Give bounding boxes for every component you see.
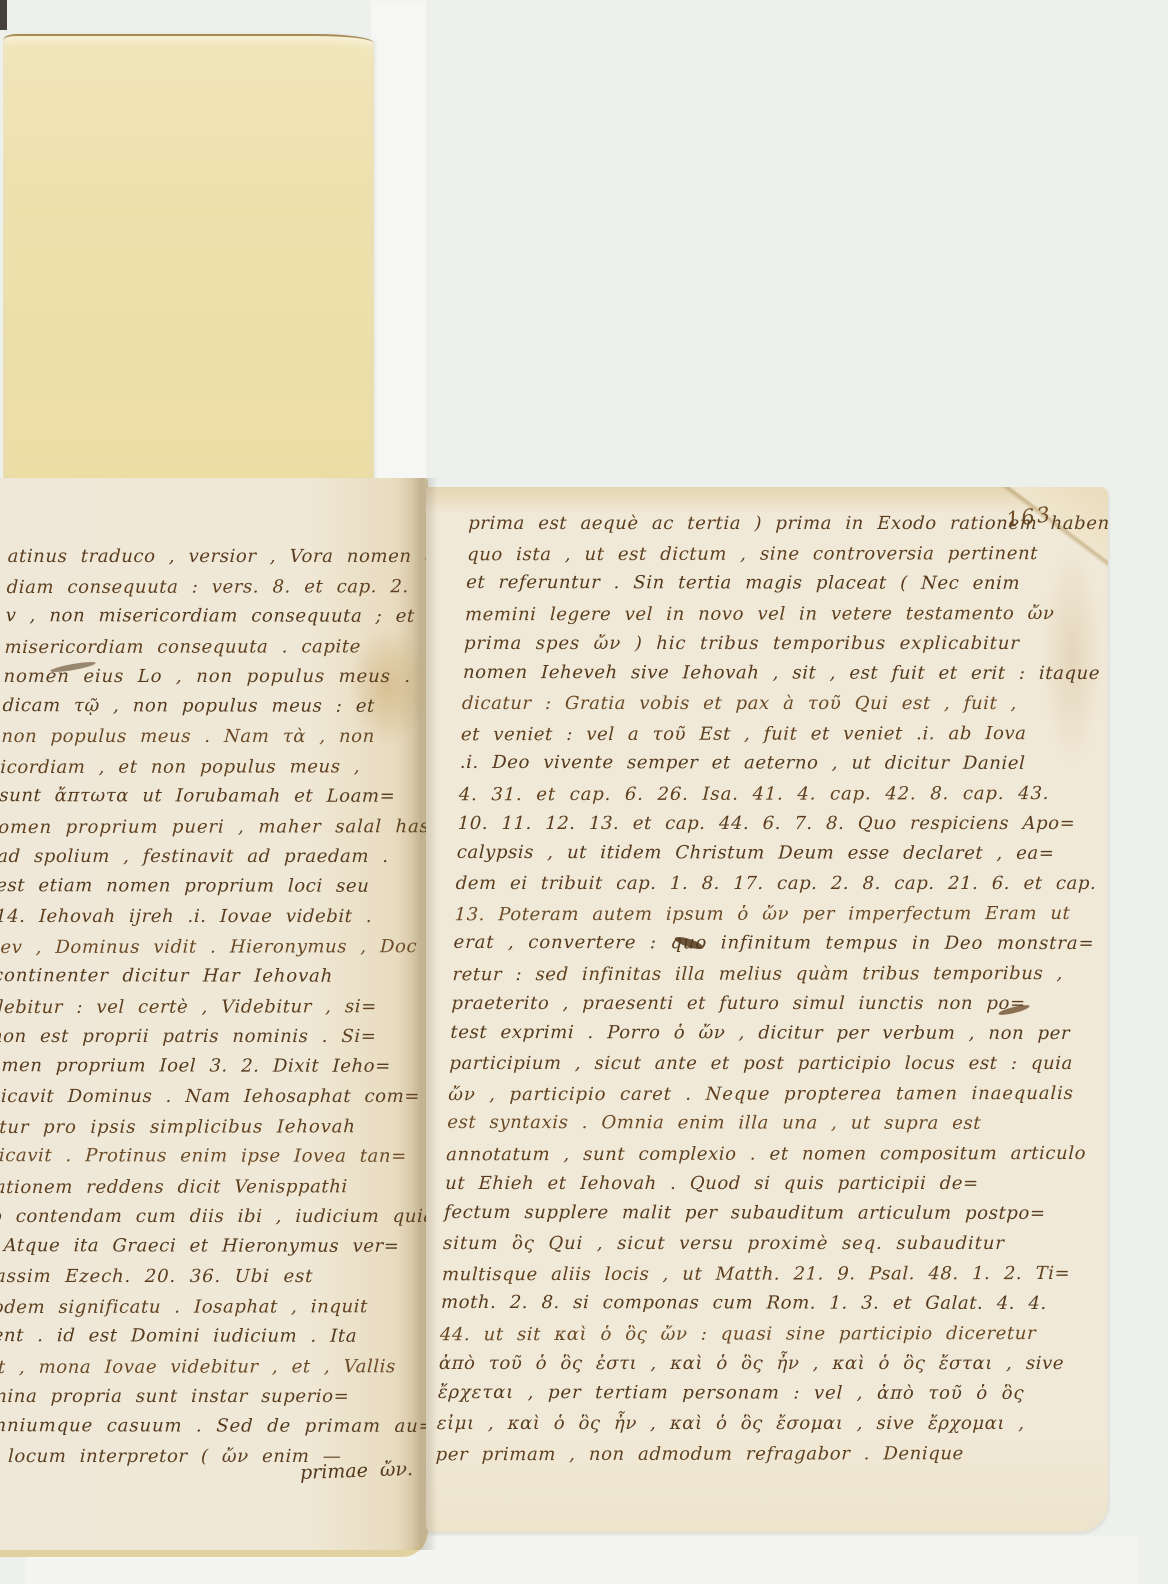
manuscript-text-line: omen proprium Ioel 3. 2. Dixit Ieho= — [0, 1051, 420, 1082]
manuscript-text-line: misericordiam consequuta . capite — [4, 632, 428, 663]
manuscript-text-line: praeterito , praesenti et futuro simul i… — [451, 989, 1104, 1019]
manuscript-text-line: retur : sed infinitas illa melius quàm t… — [452, 959, 1105, 990]
book-spine-edge-top — [0, 0, 7, 30]
manuscript-text-line: passim Ezech. 20. 36. Ubi est — [0, 1262, 413, 1292]
manuscript-text-line: situm ὃς Qui , sicut versu proximè seq. … — [443, 1229, 1096, 1259]
manuscript-text-line: eodem significatu . Iosaphat , inquit — [0, 1292, 412, 1323]
manuscript-text-line: nent . id est Domini iudicium . Ita — [0, 1321, 411, 1352]
manuscript-text-line: .i. Deo vivente semper et aeterno , ut d… — [459, 748, 1108, 779]
left-manuscript-page: atinus traduco , versior , Vora nomen ei… — [0, 478, 428, 1557]
manuscript-text-line: omniumque casuum . Sed de primam au= — [0, 1411, 408, 1442]
manuscript-text-line: ὤν , participio caret . Neque propterea … — [448, 1079, 1101, 1110]
manuscript-text-line: icordiam , et non populus meus , — [0, 752, 428, 783]
manuscript-text-line: et veniet : vel a τοῦ Est , fuit et veni… — [460, 719, 1108, 750]
manuscript-text-line: continenter dicitur Har Iehovah — [0, 961, 424, 992]
manuscript-text-line: v , non misericordiam consequuta ; et — [5, 601, 428, 632]
manuscript-text-line: dicavit . Protinus enim ipse Iovea tan= — [0, 1141, 417, 1172]
left-page-text: atinus traduco , versior , Vora nomen ei… — [0, 542, 428, 1472]
manuscript-text-line: 4. 31. et cap. 6. 26. Isa. 41. 4. cap. 4… — [458, 779, 1108, 810]
manuscript-text-line: annotatum , sunt complexio . et nomen co… — [446, 1139, 1099, 1170]
manuscript-text-line: est syntaxis . Omnia enim illa una , ut … — [447, 1108, 1100, 1139]
manuscript-text-line: io contendam cum diis ibi , iudicium qui… — [0, 1202, 415, 1232]
manuscript-text-line: ad spolium , festinavit ad praedam . — [0, 842, 428, 872]
manuscript-text-line: participium , sicut ante et post partici… — [449, 1049, 1102, 1079]
manuscript-text-line: dicam τῷ , non populus meus : et — [2, 691, 428, 722]
manuscript-text-line: prima est aequè ac tertia ) prima in Exo… — [468, 509, 1108, 539]
manuscript-text-line: atinus traduco , versior , Vora nomen ei… — [7, 542, 428, 572]
manuscript-text-line: non est proprii patris nominis . Si= — [0, 1022, 421, 1052]
manuscript-text-line: fectum supplere malit per subauditum art… — [444, 1198, 1097, 1229]
manuscript-text-line: omen proprium pueri , maher salal has — [0, 812, 428, 843]
manuscript-text-line: diam consequuta : vers. 8. et cap. 2. — [6, 572, 428, 603]
manuscript-text-line: rationem reddens dicit Venisppathi — [0, 1172, 416, 1203]
manuscript-text-line: omina propria sunt instar superio= — [0, 1382, 409, 1412]
manuscript-text-line: dem ei tribuit cap. 1. 8. 17. cap. 2. 8.… — [455, 869, 1108, 899]
flyleaf-blank-page — [3, 34, 374, 484]
manuscript-text-line: 14. Iehovah ijreh .i. Iovae videbit . — [0, 902, 426, 932]
manuscript-text-line: nomen Ieheveh sive Iehovah , sit , est f… — [462, 658, 1108, 689]
manuscript-text-line: 10. 11. 12. 13. et cap. 44. 6. 7. 8. Quo… — [457, 809, 1108, 839]
manuscript-scan: atinus traduco , versior , Vora nomen ei… — [0, 0, 1168, 1584]
right-page-text: prima est aequè ac tertia ) prima in Exo… — [435, 509, 1108, 1469]
manuscript-text-line: εἰμι , καὶ ὁ ὃς ἦν , καὶ ὁ ὃς ἔσομαι , s… — [436, 1409, 1089, 1439]
manuscript-text-line: etur pro ipsis simplicibus Iehovah — [0, 1112, 418, 1143]
manuscript-text-line: test exprimi . Porro ὁ ὤν , dicitur per … — [450, 1018, 1103, 1049]
manuscript-text-line: ; Atque ita Graeci et Hieronymus ver= — [0, 1231, 414, 1262]
manuscript-text-line: moth. 2. 8. si componas cum Rom. 1. 3. e… — [440, 1288, 1093, 1319]
manuscript-text-line: dicavit Dominus . Nam Iehosaphat com= — [0, 1082, 419, 1112]
right-manuscript-page: 163 prima est aequè ac tertia ) prima in… — [426, 487, 1108, 1532]
manuscript-text-line: per primam , non admodum refragabor . De… — [435, 1439, 1088, 1470]
manuscript-text-line: non populus meus . Nam τὰ , non — [1, 722, 428, 752]
manuscript-text-line: debitur : vel certè , Videbitur , si= — [0, 992, 422, 1023]
manuscript-text-line: ἔρχεται , per tertiam personam : vel , ἀ… — [437, 1378, 1090, 1409]
backing-sheet-top — [371, 0, 429, 492]
manuscript-text-line: nomen eius Lo , non populus meus . — [3, 662, 428, 692]
manuscript-text-line: et referuntur . Sin tertia magis placeat… — [466, 568, 1108, 599]
manuscript-text-line: ἀπὸ τοῦ ὁ ὃς ἐστι , καὶ ὁ ὃς ἦν , καὶ ὁ … — [438, 1349, 1091, 1379]
manuscript-text-line: lev , Dominus vidit . Hieronymus , Doc — [0, 932, 425, 963]
manuscript-text-line: quo ista , ut est dictum , sine controve… — [467, 539, 1108, 570]
catchword: primae ὤν. — [300, 1458, 414, 1484]
manuscript-text-line: sunt ἄπτωτα ut Iorubamah et Loam= — [0, 781, 428, 812]
manuscript-text-line: calypsis , ut itidem Christum Deum esse … — [456, 838, 1108, 869]
manuscript-text-line: 44. ut sit καὶ ὁ ὃς ὤν : quasi sine part… — [439, 1319, 1092, 1350]
manuscript-text-line: erat , convertere : quo infinitum tempus… — [453, 928, 1106, 959]
manuscript-text-line: memini legere vel in novo vel in vetere … — [465, 599, 1108, 630]
manuscript-text-line: bit , mona Iovae videbitur , et , Vallis — [0, 1352, 410, 1383]
manuscript-text-line: ut Ehieh et Iehovah . Quod si quis parti… — [445, 1169, 1098, 1199]
manuscript-text-line: multisque aliis locis , ut Matth. 21. 9.… — [442, 1259, 1095, 1290]
manuscript-text-line: est etiam nomen proprium loci seu — [0, 871, 427, 902]
manuscript-text-line: prima spes ὤν ) hic tribus temporibus ex… — [464, 629, 1108, 659]
manuscript-text-line: 13. Poteram autem ipsum ὁ ὤν per imperfe… — [454, 899, 1107, 930]
manuscript-text-line: dicatur : Gratia vobis et pax à τοῦ Qui … — [461, 689, 1108, 719]
